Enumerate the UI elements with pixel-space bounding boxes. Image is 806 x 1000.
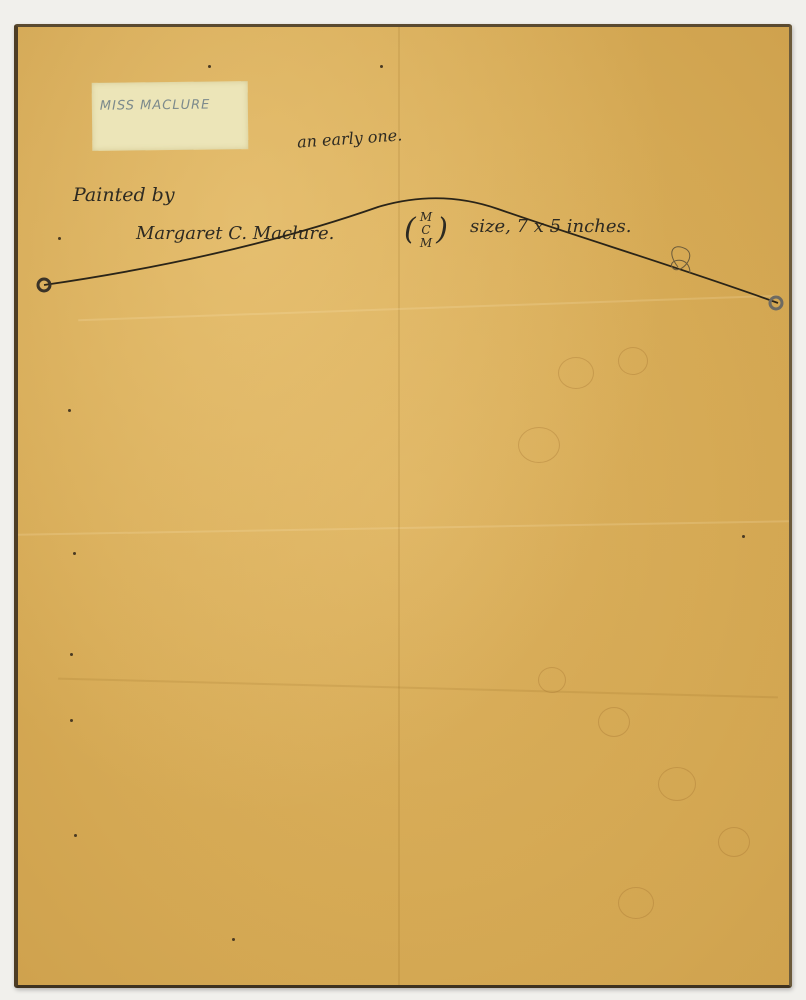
screw-eye-icon [38,279,782,309]
frame-backing-paper: MISS MACLURE an early one. Painted by Ma… [14,24,792,988]
hanging-wire [18,27,789,985]
